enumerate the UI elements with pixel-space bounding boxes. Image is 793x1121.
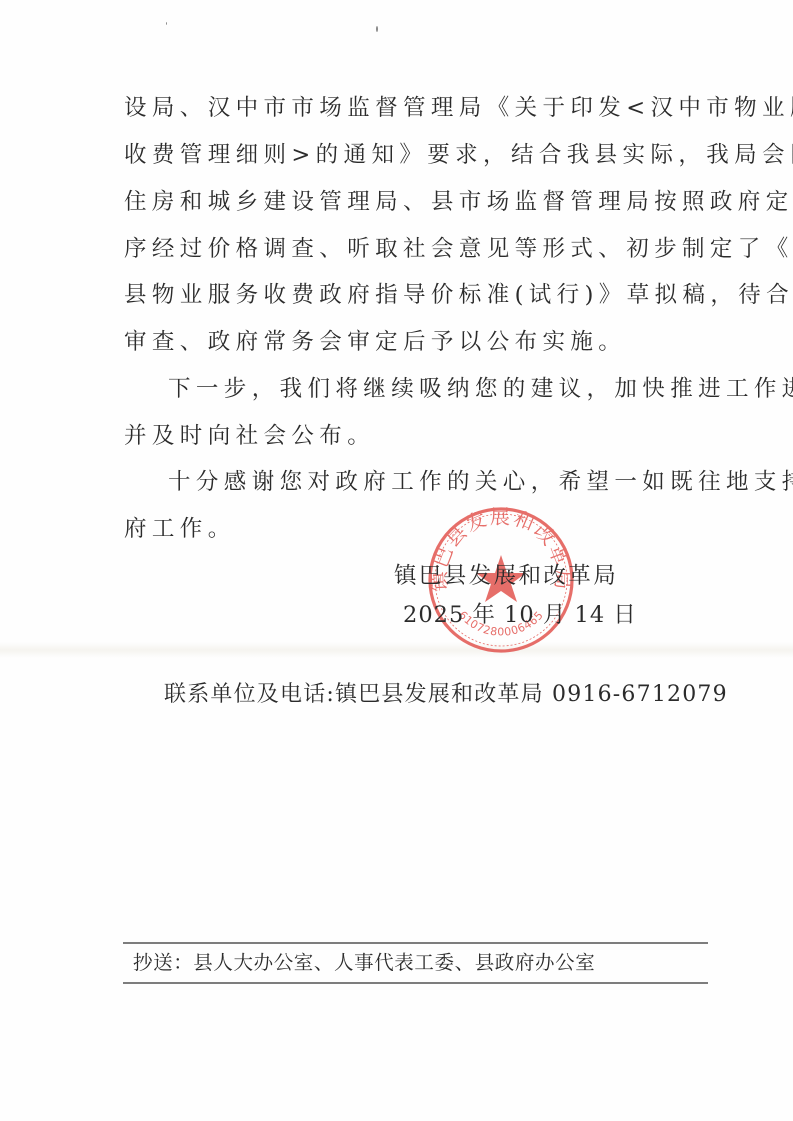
body-line-6: 审查、政府常务会审定后予以公布实施。 <box>124 327 626 357</box>
cc-top-rule <box>123 942 708 944</box>
scan-speck <box>376 26 378 32</box>
document-page: 设局、汉中市市场监督管理局《关于印发<汉中市物业服务 收费管理细则>的通知》要求… <box>0 0 793 1121</box>
scan-artifact-band <box>0 642 793 658</box>
body-line-2: 收费管理细则>的通知》要求，结合我县实际，我局会同县 <box>124 140 793 170</box>
contact-info: 联系单位及电话:镇巴县发展和改革局 0916-6712079 <box>164 680 728 710</box>
paragraph-thanks-line-1: 十分感谢您对政府工作的关心，希望一如既往地支持政 <box>168 467 793 497</box>
body-line-5: 县物业服务收费政府指导价标准(试行)》草拟稿，待合法性 <box>124 280 793 310</box>
cc-bottom-rule <box>123 982 708 984</box>
body-line-1: 设局、汉中市市场监督管理局《关于印发<汉中市物业服务 <box>124 93 793 123</box>
paragraph-next-steps-line-1: 下一步，我们将继续吸纳您的建议，加快推进工作进度， <box>168 374 793 404</box>
signature-date: 2025 年 10 月 14 日 <box>403 600 637 630</box>
paragraph-thanks-line-2: 府工作。 <box>124 514 236 544</box>
cc-recipients: 抄送：县人大办公室、人事代表工委、县政府办公室 <box>133 948 595 978</box>
body-line-3: 住房和城乡建设管理局、县市场监督管理局按照政府定价程 <box>124 187 793 217</box>
paragraph-next-steps-line-2: 并及时向社会公布。 <box>124 421 375 451</box>
scan-speck <box>166 22 167 25</box>
body-line-4: 序经过价格调查、听取社会意见等形式、初步制定了《镇巴 <box>124 234 793 264</box>
signature-organization: 镇巴县发展和改革局 <box>394 561 618 591</box>
